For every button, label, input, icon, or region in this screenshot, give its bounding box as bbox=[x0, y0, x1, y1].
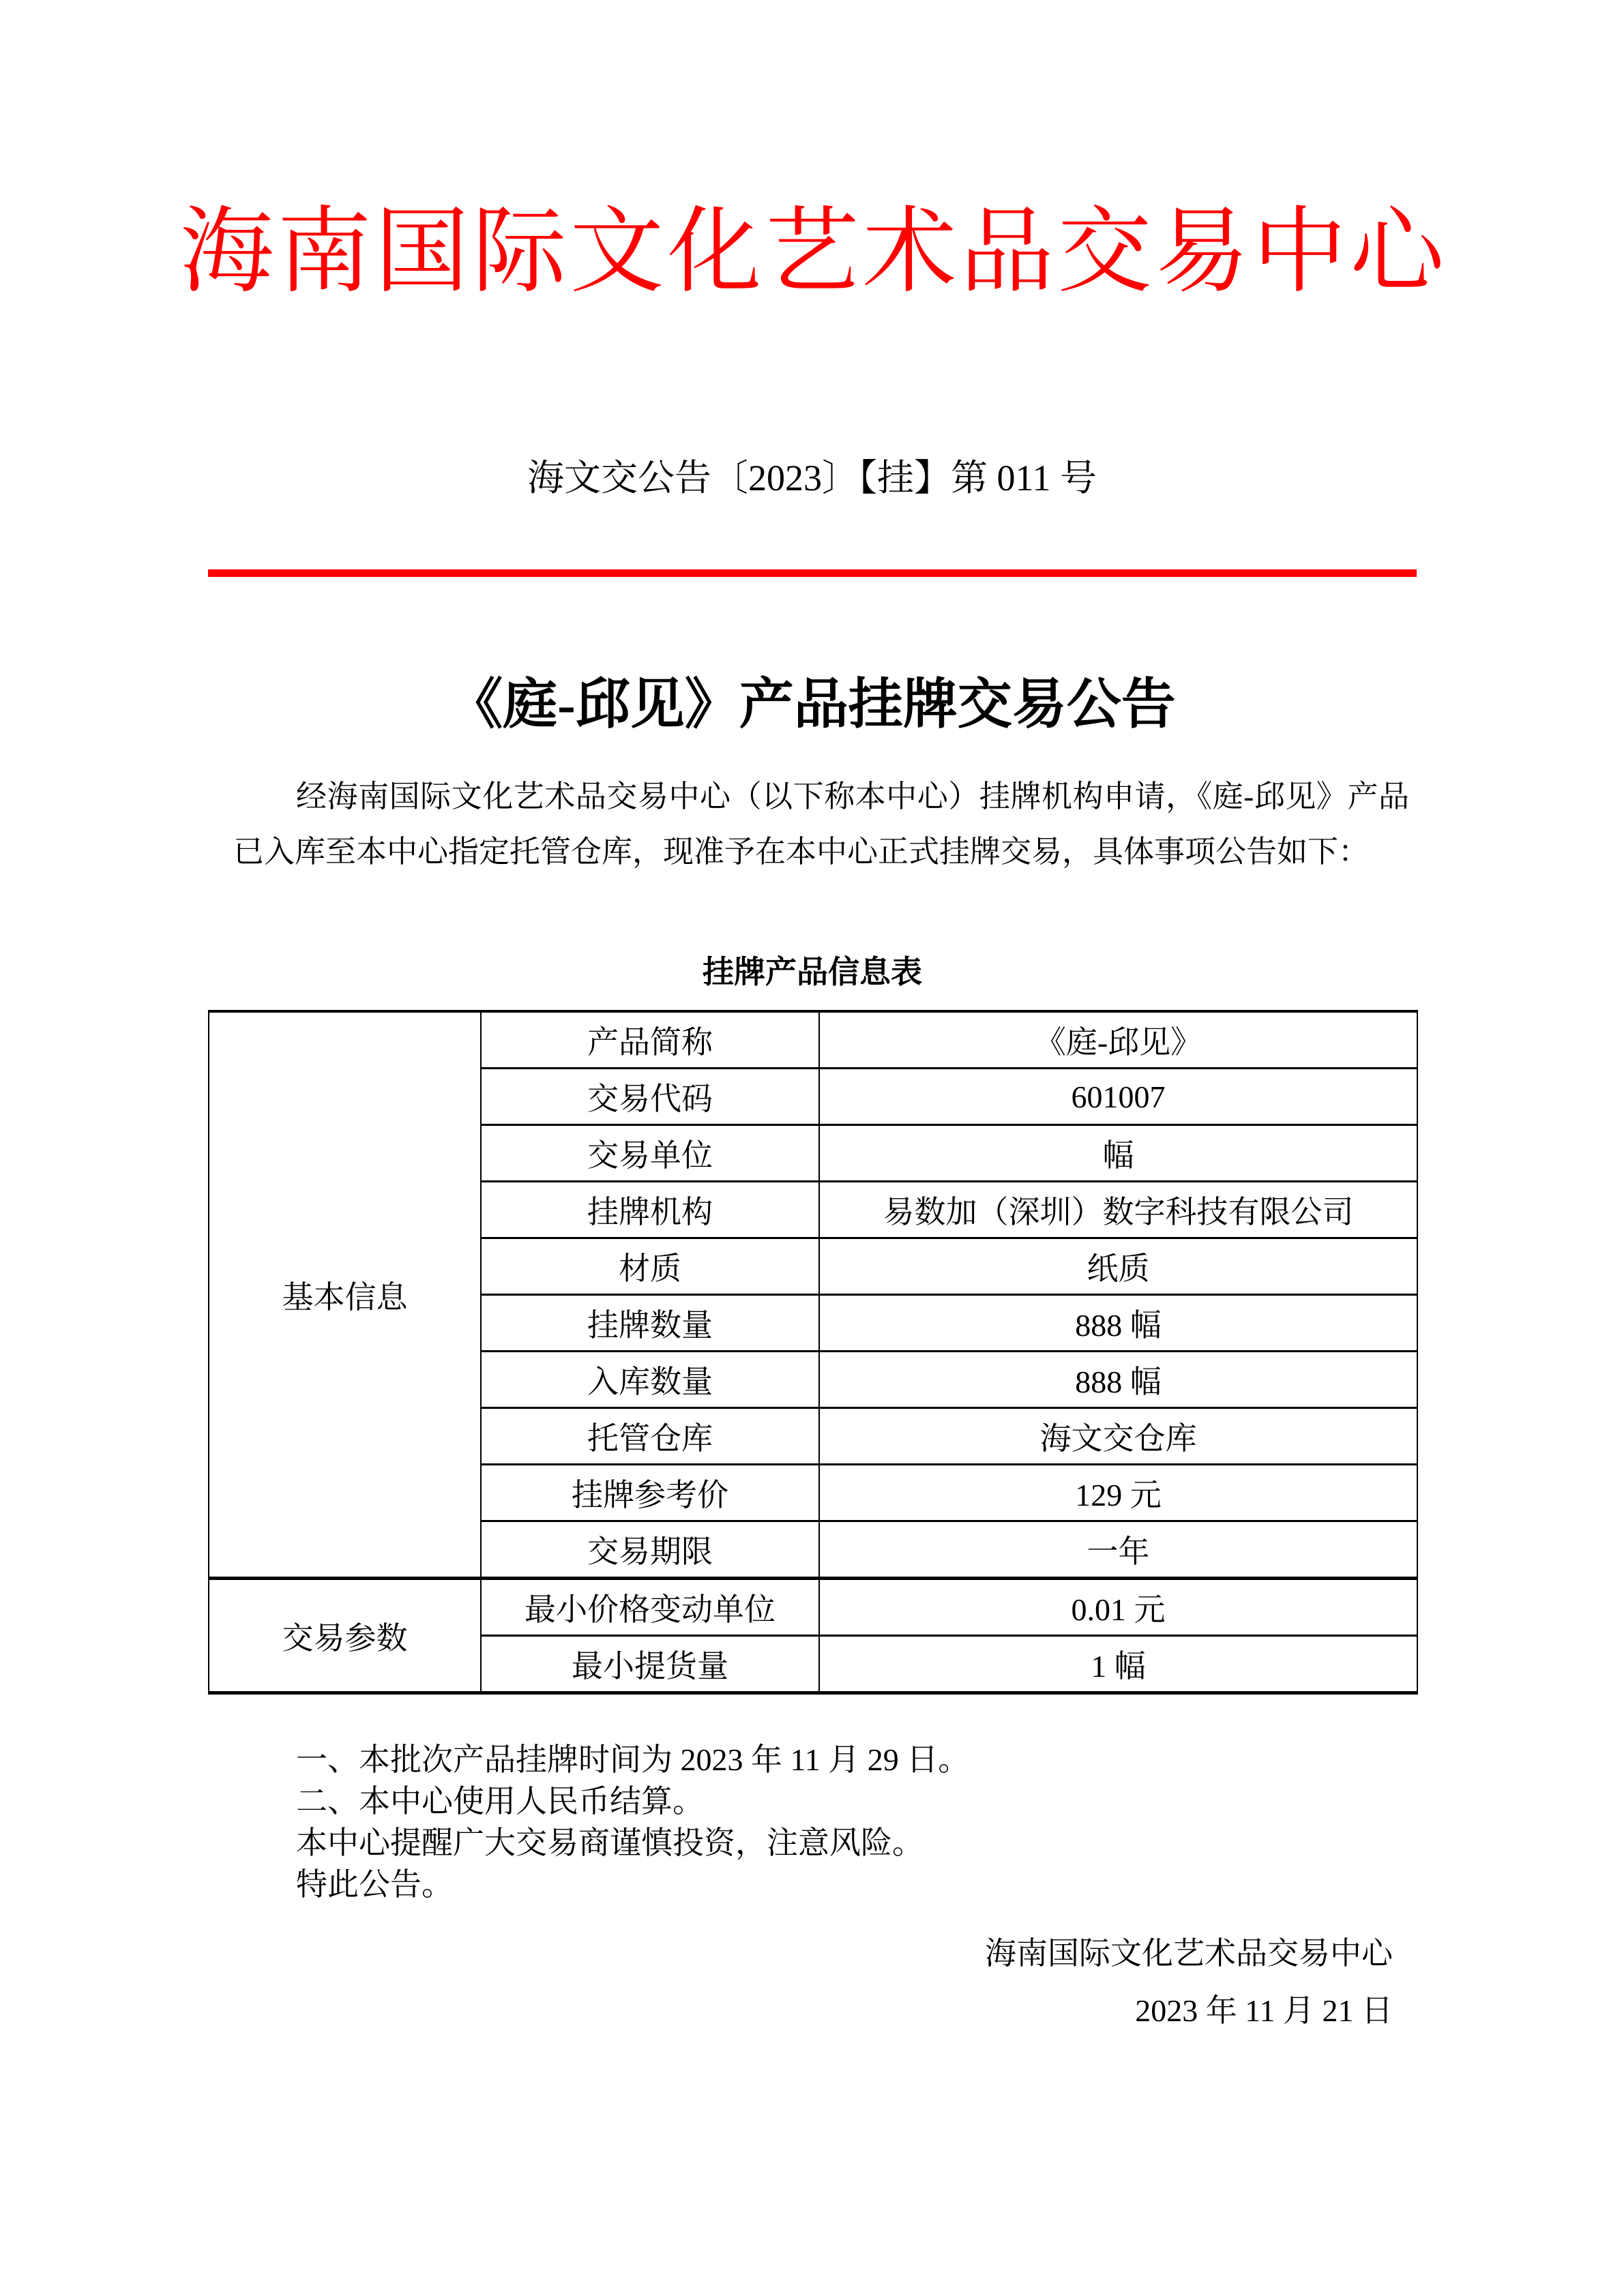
section-cell-trading-params: 交易参数 bbox=[209, 1579, 481, 1693]
field-value-cell: 纸质 bbox=[819, 1238, 1417, 1295]
field-label-cell: 交易期限 bbox=[481, 1521, 819, 1579]
notes-block: 一、本批次产品挂牌时间为 2023 年 11 月 29 日。 二、本中心使用人民… bbox=[296, 1739, 1415, 1905]
signature-block: 海南国际文化艺术品交易中心 2023 年 11 月 21 日 bbox=[985, 1925, 1393, 2040]
field-value-cell: 海文交仓库 bbox=[819, 1408, 1417, 1465]
field-value-cell: 一年 bbox=[819, 1521, 1417, 1579]
field-label-cell: 挂牌机构 bbox=[481, 1182, 819, 1238]
field-value-cell: 0.01 元 bbox=[819, 1579, 1417, 1636]
field-value-cell: 601007 bbox=[819, 1069, 1417, 1125]
document-page: 海南国际文化艺术品交易中心 海文交公告〔2023〕【挂】第 011 号 《庭-邱… bbox=[0, 0, 1624, 2296]
field-value-cell: 幅 bbox=[819, 1125, 1417, 1182]
doc-number: 海文交公告〔2023〕【挂】第 011 号 bbox=[0, 453, 1624, 503]
field-label-cell: 产品简称 bbox=[481, 1011, 819, 1069]
field-label-cell: 最小提货量 bbox=[481, 1636, 819, 1693]
field-label-cell: 入库数量 bbox=[481, 1352, 819, 1408]
field-value-cell: 1 幅 bbox=[819, 1636, 1417, 1693]
field-label-cell: 交易单位 bbox=[481, 1125, 819, 1182]
red-divider-line bbox=[208, 569, 1417, 577]
table-row: 基本信息 产品简称 《庭-邱见》 bbox=[209, 1011, 1417, 1069]
field-value-cell: 129 元 bbox=[819, 1465, 1417, 1521]
field-value-cell: 888 幅 bbox=[819, 1352, 1417, 1408]
field-value-cell: 《庭-邱见》 bbox=[819, 1011, 1417, 1069]
org-letterhead-title: 海南国际文化艺术品交易中心 bbox=[0, 198, 1624, 307]
intro-paragraph: 经海南国际文化艺术品交易中心（以下称本中心）挂牌机构申请，《庭-邱见》产品已入库… bbox=[233, 769, 1409, 880]
signature-date: 2023 年 11 月 21 日 bbox=[985, 1982, 1393, 2040]
field-value-cell: 易数加（深圳）数字科技有限公司 bbox=[819, 1182, 1417, 1238]
table-caption: 挂牌产品信息表 bbox=[208, 954, 1417, 991]
table-row: 交易参数 最小价格变动单位 0.01 元 bbox=[209, 1579, 1417, 1636]
field-label-cell: 挂牌参考价 bbox=[481, 1465, 819, 1521]
field-label-cell: 交易代码 bbox=[481, 1069, 819, 1125]
field-value-cell: 888 幅 bbox=[819, 1295, 1417, 1352]
note-line: 一、本批次产品挂牌时间为 2023 年 11 月 29 日。 bbox=[296, 1739, 1415, 1780]
section-cell-basic-info: 基本信息 bbox=[209, 1011, 481, 1579]
product-info-table: 基本信息 产品简称 《庭-邱见》 交易代码 601007 交易单位 幅 挂牌机构… bbox=[208, 1010, 1418, 1695]
signature-org: 海南国际文化艺术品交易中心 bbox=[985, 1925, 1393, 1982]
field-label-cell: 挂牌数量 bbox=[481, 1295, 819, 1352]
note-line: 本中心提醒广大交易商谨慎投资，注意风险。 bbox=[296, 1822, 1415, 1864]
field-label-cell: 托管仓库 bbox=[481, 1408, 819, 1465]
note-line: 特此公告。 bbox=[296, 1864, 1415, 1905]
announcement-title: 《庭-邱见》产品挂牌交易公告 bbox=[0, 667, 1624, 743]
note-line: 二、本中心使用人民币结算。 bbox=[296, 1780, 1415, 1822]
field-label-cell: 材质 bbox=[481, 1238, 819, 1295]
field-label-cell: 最小价格变动单位 bbox=[481, 1579, 819, 1636]
